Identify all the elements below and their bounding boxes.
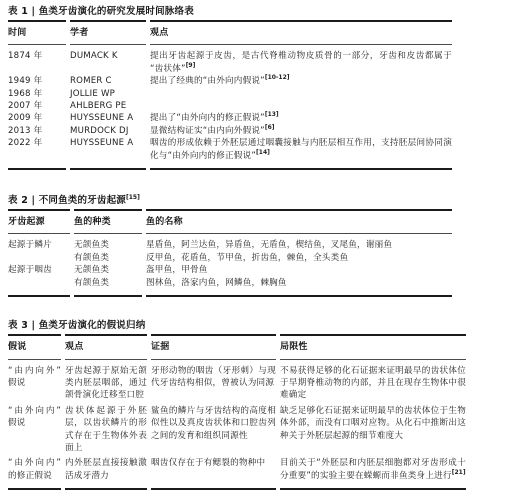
table1-col-opinion: 观点 <box>150 20 452 45</box>
table3-col-limitation: 局限性 <box>280 334 466 359</box>
cell-fish-names: 盔甲鱼，甲骨鱼 <box>146 264 452 276</box>
table3-col-evidence: 证据 <box>151 334 276 359</box>
opinion-text: 提出了“由外向内的修正假说” <box>150 113 265 123</box>
cell-fish-type: 无颌鱼类 <box>74 264 142 276</box>
table-row: 有颌鱼类 反甲鱼，花盾鱼，节甲鱼，折齿鱼，棘鱼，全头类鱼 <box>8 252 452 264</box>
cell-scholar: MURDOCK DJ <box>70 125 146 137</box>
cell-opinion: 提出牙齿起源于皮齿，是古代脊椎动物皮质骨的一部分，牙齿和皮齿都属于“齿状体”[9… <box>150 45 452 75</box>
table2-title-text: 表 2 | 不同鱼类的牙齿起源 <box>8 195 126 206</box>
section-spacer <box>8 170 506 194</box>
citation-ref: [9] <box>186 62 196 69</box>
table-row: “由外向内”的修正假说 内外胚层直接接触激活成牙潜力 咽齿仅存在于有鳃裂的物种中… <box>8 454 466 490</box>
table-row: 1968 年 JOLLIE WP <box>8 88 452 100</box>
cell-fish-names: 反甲鱼，花盾鱼，节甲鱼，折齿鱼，棘鱼，全头类鱼 <box>146 252 452 264</box>
cell-time: 2022 年 <box>8 137 66 170</box>
opinion-text: 显微结构证实“由内向外假说” <box>150 126 265 136</box>
table2-col-fish-type: 鱼的种类 <box>74 209 142 234</box>
table2-section: 表 2 | 不同鱼类的牙齿起源[15] 牙齿起源 鱼的种类 鱼的名称 起源于鳞片… <box>8 194 506 297</box>
citation-ref: [21] <box>452 469 466 476</box>
cell-fish-type: 无颌鱼类 <box>74 234 142 251</box>
table-row: 1949 年 ROMER C 提出了经典的“由外向内假说”[10-12] <box>8 75 452 87</box>
table1-title-text: 表 1 | 鱼类牙齿演化的研究发展时间脉络表 <box>8 6 194 17</box>
cell-evidence: 牙形动物的咽齿（牙形刺）与现代牙齿结构相似，曾被认为同源 <box>151 360 276 402</box>
cell-scholar: HUYSSEUNE A <box>70 112 146 124</box>
citation-ref: [15] <box>126 194 140 201</box>
table1: 时间 学者 观点 1874 年 DUMACK K 提出牙齿起源于皮齿，是古代脊椎… <box>4 20 456 170</box>
opinion-text: 咽齿的形成依赖于外胚层通过咽囊接触与内胚层相互作用，支持胚层间协同演化与“由外向… <box>150 138 452 160</box>
table3-title: 表 3 | 鱼类牙齿演化的假说归纳 <box>8 319 506 332</box>
table-row: “由内向外”假说 牙齿起源于原始无颌类内胚层咽部，通过颌骨演化迁移至口腔 牙形动… <box>8 360 466 402</box>
cell-origin: 起源于鳞片 <box>8 234 70 251</box>
table-row: 2009 年 HUYSSEUNE A 提出了“由外向内的修正假说”[13] <box>8 112 452 124</box>
cell-origin <box>8 252 70 264</box>
table-row: 起源于咽齿 无颌鱼类 盔甲鱼，甲骨鱼 <box>8 264 452 276</box>
cell-time: 1874 年 <box>8 45 66 75</box>
table-row: 起源于鳞片 无颌鱼类 星盾鱼，阿兰达鱼，异盾鱼，无盾鱼，楔结鱼，叉尾鱼，谢丽鱼 <box>8 234 452 251</box>
table3-col-hypothesis: 假说 <box>8 334 61 359</box>
cell-fish-type: 有颌鱼类 <box>74 277 142 297</box>
citation-ref: [14] <box>256 149 270 156</box>
limitation-text: 不易获得足够的化石证据来证明最早的齿状体位于早期脊椎动物的内部，并且在现存生物体… <box>280 366 466 401</box>
cell-hypothesis: “由外向内”的修正假说 <box>8 454 61 490</box>
cell-fish-names: 图林鱼，洛家内鱼，网鳞鱼，棘胸鱼 <box>146 277 452 297</box>
cell-opinion: 咽齿的形成依赖于外胚层通过咽囊接触与内胚层相互作用，支持胚层间协同演化与“由外向… <box>150 137 452 170</box>
table3-title-text: 表 3 | 鱼类牙齿演化的假说归纳 <box>8 320 145 331</box>
cell-opinion <box>150 88 452 100</box>
cell-opinion: 提出了经典的“由外向内假说”[10-12] <box>150 75 452 87</box>
section-spacer <box>8 297 506 319</box>
table2: 牙齿起源 鱼的种类 鱼的名称 起源于鳞片 无颌鱼类 星盾鱼，阿兰达鱼，异盾鱼，无… <box>4 209 456 297</box>
table-row: 2013 年 MURDOCK DJ 显微结构证实“由内向外假说”[6] <box>8 125 452 137</box>
cell-viewpoint: 牙齿起源于原始无颌类内胚层咽部，通过颌骨演化迁移至口腔 <box>65 360 147 402</box>
table1-title: 表 1 | 鱼类牙齿演化的研究发展时间脉络表 <box>8 5 506 18</box>
cell-opinion: 显微结构证实“由内向外假说”[6] <box>150 125 452 137</box>
table1-col-scholar: 学者 <box>70 20 146 45</box>
cell-limitation: 目前关于“外胚层和内胚层细胞都对牙齿形成十分重要”的实验主要在蝾螈而非鱼类身上进… <box>280 454 466 490</box>
cell-opinion: 提出了“由外向内的修正假说”[13] <box>150 112 452 124</box>
table-row: 1874 年 DUMACK K 提出牙齿起源于皮齿，是古代脊椎动物皮质骨的一部分… <box>8 45 452 75</box>
cell-fish-names: 星盾鱼，阿兰达鱼，异盾鱼，无盾鱼，楔结鱼，叉尾鱼，谢丽鱼 <box>146 234 452 251</box>
table2-title: 表 2 | 不同鱼类的牙齿起源[15] <box>8 194 506 207</box>
cell-fish-type: 有颌鱼类 <box>74 252 142 264</box>
cell-time: 2007 年 <box>8 100 66 112</box>
table1-section: 表 1 | 鱼类牙齿演化的研究发展时间脉络表 时间 学者 观点 1874 年 D… <box>8 5 506 170</box>
limitation-text: 缺乏足够化石证据来证明最早的齿状体位于生物体外部，而没有口咽对应物。从化石中推断… <box>280 406 466 441</box>
cell-evidence: 鲨鱼的鳞片与牙齿结构的高度相似性以及真皮齿状体和口腔齿列之间的发育和组织同源性 <box>151 402 276 455</box>
citation-ref: [13] <box>265 112 279 119</box>
table-row: “由外向内”假说 齿状体起源于外胚层，以齿状鳞片的形式存在于生物体外表面上 鲨鱼… <box>8 402 466 455</box>
cell-time: 2009 年 <box>8 112 66 124</box>
cell-time: 1949 年 <box>8 75 66 87</box>
article-tables-page: 表 1 | 鱼类牙齿演化的研究发展时间脉络表 时间 学者 观点 1874 年 D… <box>0 0 514 490</box>
cell-hypothesis: “由内向外”假说 <box>8 360 61 402</box>
cell-opinion <box>150 100 452 112</box>
cell-scholar: AHLBERG PE <box>70 100 146 112</box>
table-row: 2007 年 AHLBERG PE <box>8 100 452 112</box>
limitation-text: 目前关于“外胚层和内胚层细胞都对牙齿形成十分重要”的实验主要在蝾螈而非鱼类身上进… <box>280 458 466 480</box>
cell-limitation: 不易获得足够的化石证据来证明最早的齿状体位于早期脊椎动物的内部，并且在现存生物体… <box>280 360 466 402</box>
table1-col-time: 时间 <box>8 20 66 45</box>
table3: 假说 观点 证据 局限性 “由内向外”假说 牙齿起源于原始无颌类内胚层咽部，通过… <box>4 334 470 490</box>
cell-viewpoint: 内外胚层直接接触激活成牙潜力 <box>65 454 147 490</box>
cell-time: 2013 年 <box>8 125 66 137</box>
cell-evidence: 咽齿仅存在于有鳃裂的物种中 <box>151 454 276 490</box>
opinion-text: 提出了经典的“由外向内假说” <box>150 76 265 86</box>
cell-scholar: JOLLIE WP <box>70 88 146 100</box>
cell-scholar: DUMACK K <box>70 45 146 75</box>
table3-section: 表 3 | 鱼类牙齿演化的假说归纳 假说 观点 证据 局限性 “由内向外”假说 … <box>8 319 506 490</box>
citation-ref: [10-12] <box>265 74 290 81</box>
cell-scholar: HUYSSEUNE A <box>70 137 146 170</box>
table-row: 2022 年 HUYSSEUNE A 咽齿的形成依赖于外胚层通过咽囊接触与内胚层… <box>8 137 452 170</box>
table2-col-origin: 牙齿起源 <box>8 209 70 234</box>
table3-header-row: 假说 观点 证据 局限性 <box>8 334 466 359</box>
cell-hypothesis: “由外向内”假说 <box>8 402 61 455</box>
cell-origin: 起源于咽齿 <box>8 264 70 276</box>
cell-time: 1968 年 <box>8 88 66 100</box>
table1-header-row: 时间 学者 观点 <box>8 20 452 45</box>
cell-origin <box>8 277 70 297</box>
table2-col-fish-names: 鱼的名称 <box>146 209 452 234</box>
table3-col-viewpoint: 观点 <box>65 334 147 359</box>
cell-scholar: ROMER C <box>70 75 146 87</box>
citation-ref: [6] <box>265 124 275 131</box>
cell-viewpoint: 齿状体起源于外胚层，以齿状鳞片的形式存在于生物体外表面上 <box>65 402 147 455</box>
table2-header-row: 牙齿起源 鱼的种类 鱼的名称 <box>8 209 452 234</box>
table-row: 有颌鱼类 图林鱼，洛家内鱼，网鳞鱼，棘胸鱼 <box>8 277 452 297</box>
cell-limitation: 缺乏足够化石证据来证明最早的齿状体位于生物体外部，而没有口咽对应物。从化石中推断… <box>280 402 466 455</box>
